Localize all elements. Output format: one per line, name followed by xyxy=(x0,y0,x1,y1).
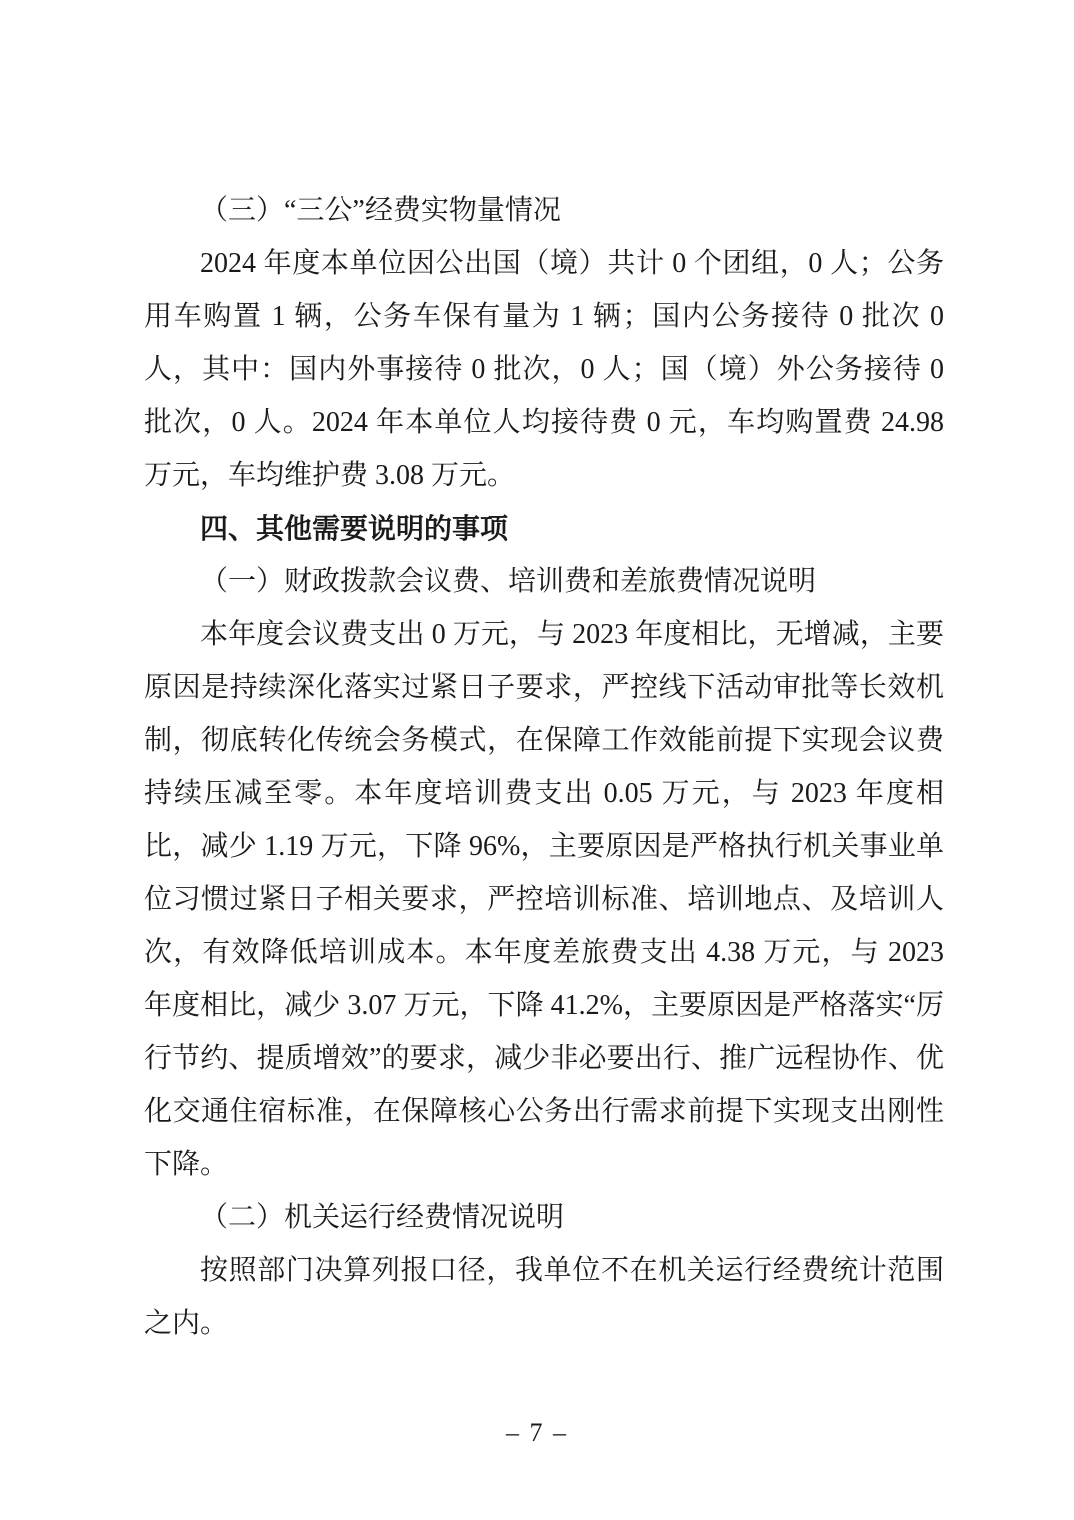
document-content: （三）“三公”经费实物量情况 2024 年度本单位因公出国（境）共计 0 个团组… xyxy=(144,184,944,1350)
paragraph-agency-operating-funds-details: 按照部门决算列报口径，我单位不在机关运行经费统计范围之内。 xyxy=(144,1244,944,1350)
heading-meeting-training-travel-fees: （一）财政拨款会议费、培训费和差旅费情况说明 xyxy=(144,555,944,608)
heading-agency-operating-funds: （二）机关运行经费情况说明 xyxy=(144,1191,944,1244)
paragraph-three-public-funds-details: 2024 年度本单位因公出国（境）共计 0 个团组，0 人；公务用车购置 1 辆… xyxy=(144,237,944,502)
heading-three-public-funds-physical-quantity: （三）“三公”经费实物量情况 xyxy=(144,184,944,237)
heading-other-matters: 四、其他需要说明的事项 xyxy=(144,502,944,555)
document-page: （三）“三公”经费实物量情况 2024 年度本单位因公出国（境）共计 0 个团组… xyxy=(0,0,1074,1520)
paragraph-meeting-training-travel-details: 本年度会议费支出 0 万元，与 2023 年度相比，无增减，主要原因是持续深化落… xyxy=(144,608,944,1191)
page-number: – 7 – xyxy=(0,1416,1074,1450)
